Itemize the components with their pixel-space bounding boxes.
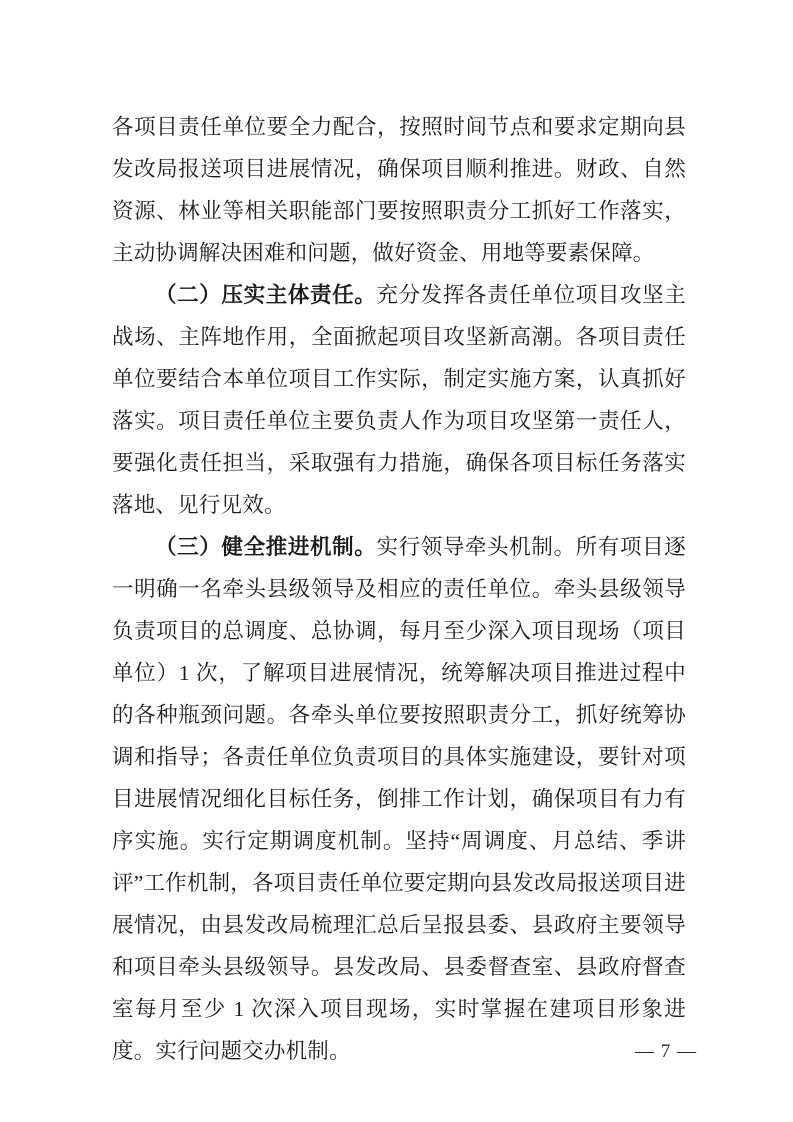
paragraph-text: 实行领导牵头机制。所有项目逐一明确一名牵头县级领导及相应的责任单位。牵头县级领导…: [112, 535, 686, 1063]
paragraph-section-2: （二）压实主体责任。充分发挥各责任单位项目攻坚主战场、主阵地作用，全面掀起项目攻…: [112, 274, 686, 526]
document-page: 各项目责任单位要全力配合，按照时间节点和要求定期向县发改局报送项目进展情况，确保…: [0, 0, 793, 1122]
paragraph-continuation: 各项目责任单位要全力配合，按照时间节点和要求定期向县发改局报送项目进展情况，确保…: [112, 106, 686, 274]
document-body: 各项目责任单位要全力配合，按照时间节点和要求定期向县发改局报送项目进展情况，确保…: [112, 106, 686, 1072]
section-heading: （二）压实主体责任。: [155, 283, 376, 307]
paragraph-text: 各项目责任单位要全力配合，按照时间节点和要求定期向县发改局报送项目进展情况，确保…: [112, 115, 686, 265]
paragraph-text: 充分发挥各责任单位项目攻坚主战场、主阵地作用，全面掀起项目攻坚新高潮。各项目责任…: [112, 283, 686, 517]
page-number: — 7 —: [635, 1038, 697, 1066]
paragraph-section-3: （三）健全推进机制。实行领导牵头机制。所有项目逐一明确一名牵头县级领导及相应的责…: [112, 526, 686, 1072]
section-heading: （三）健全推进机制。: [155, 535, 376, 559]
